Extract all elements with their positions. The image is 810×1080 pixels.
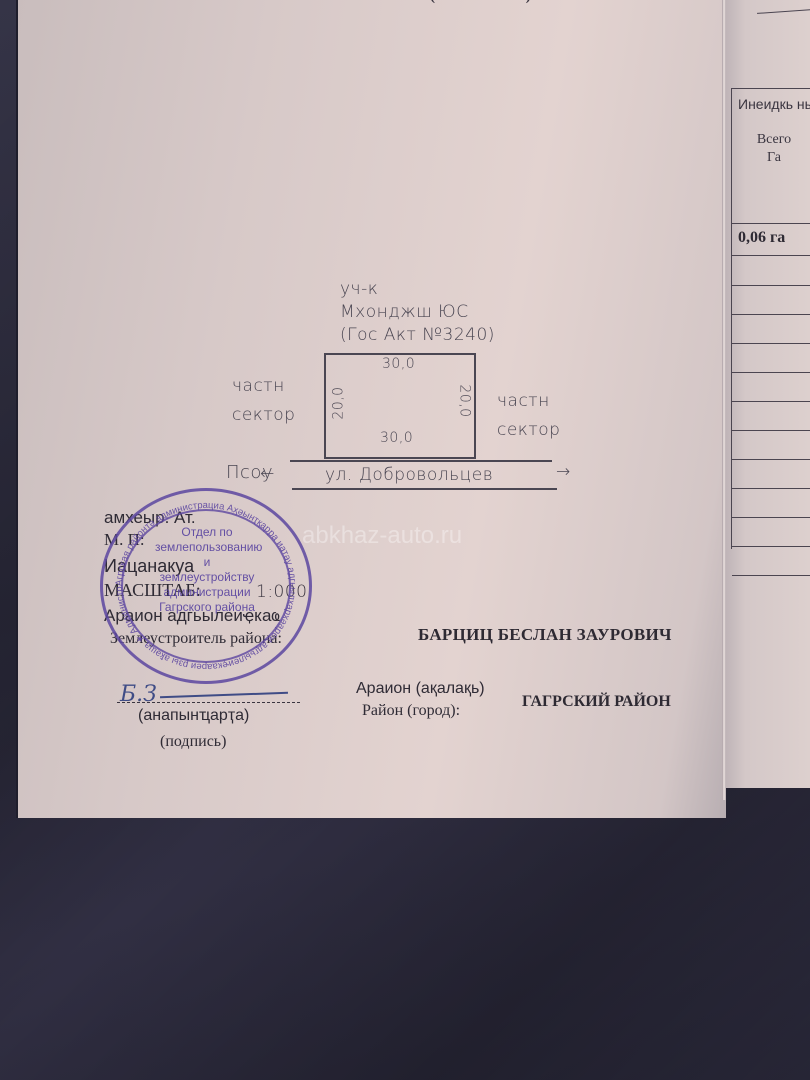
table-rule	[732, 372, 810, 373]
plot-act-number: (Гос Акт №3240)	[340, 324, 495, 347]
table-rule	[732, 430, 810, 431]
signature: Б.З	[120, 682, 157, 707]
dimension-left: 20,0	[331, 386, 347, 419]
plot-label-line1: уч-к	[340, 278, 495, 301]
dimension-top: 30,0	[382, 356, 415, 372]
district-value: ГАГРСКИЙ РАЙОН	[522, 693, 671, 711]
area-table: Инеидкь ны Всего Га 0,06 га	[731, 88, 810, 549]
dimension-right: 20,0	[457, 384, 473, 417]
table-rule	[732, 314, 810, 315]
street-name: ул. Добровольцев	[325, 465, 493, 485]
neighbor-left-line1: частн	[232, 372, 295, 401]
official-stamp: Агрская районтә администрациа Аҳәынҭқарр…	[100, 488, 312, 684]
arrow-left-icon: ←	[260, 464, 275, 484]
surveyor-name: БАРЦИЦ БЕСЛАН ЗАУРОВИЧ	[418, 625, 672, 645]
district-label-ab: Араион (ақалақь)	[356, 680, 485, 698]
street-line-bottom	[292, 488, 557, 490]
header-fragment: (…ения земли)	[430, 0, 531, 5]
table-rule	[732, 575, 810, 576]
area-table-header-ru: Всего Га	[754, 131, 794, 167]
signature-label-ab: (анапынҵарҭа)	[138, 707, 249, 725]
street-line-top	[290, 460, 552, 462]
dimension-bottom: 30,0	[380, 430, 413, 446]
table-rule	[732, 223, 810, 224]
neighbor-right: частн сектор	[497, 387, 560, 445]
table-rule	[732, 546, 810, 547]
plot-owner: Мхонджш ЮС	[340, 301, 495, 324]
table-rule	[732, 285, 810, 286]
neighbor-right-line2: сектор	[497, 416, 560, 445]
neighbor-right-line1: частн	[497, 387, 560, 416]
stamp-center-text: Отдел по землепользованию и землеустройс…	[155, 525, 259, 615]
plot-label: уч-к Мхонджш ЮС (Гос Акт №3240)	[340, 278, 495, 347]
table-rule	[732, 488, 810, 489]
arrow-right-icon: →	[556, 462, 571, 482]
neighbor-left-line2: сектор	[232, 401, 295, 430]
page-edge-shadow	[16, 0, 18, 818]
table-rule	[732, 517, 810, 518]
page-fold	[722, 0, 726, 800]
watermark: abkhaz-auto.ru	[302, 522, 462, 550]
table-rule	[732, 343, 810, 344]
signature-line	[117, 702, 300, 703]
area-table-header-ab: Инеидкь ны	[738, 95, 810, 113]
table-rule	[732, 459, 810, 460]
table-rule	[732, 255, 810, 256]
area-total-value: 0,06 га	[738, 229, 785, 247]
signature-label-ru: (подпись)	[160, 733, 226, 751]
district-label-ru: Район (город):	[362, 702, 460, 720]
neighbor-left: частн сектор	[232, 372, 295, 430]
table-rule	[732, 401, 810, 402]
